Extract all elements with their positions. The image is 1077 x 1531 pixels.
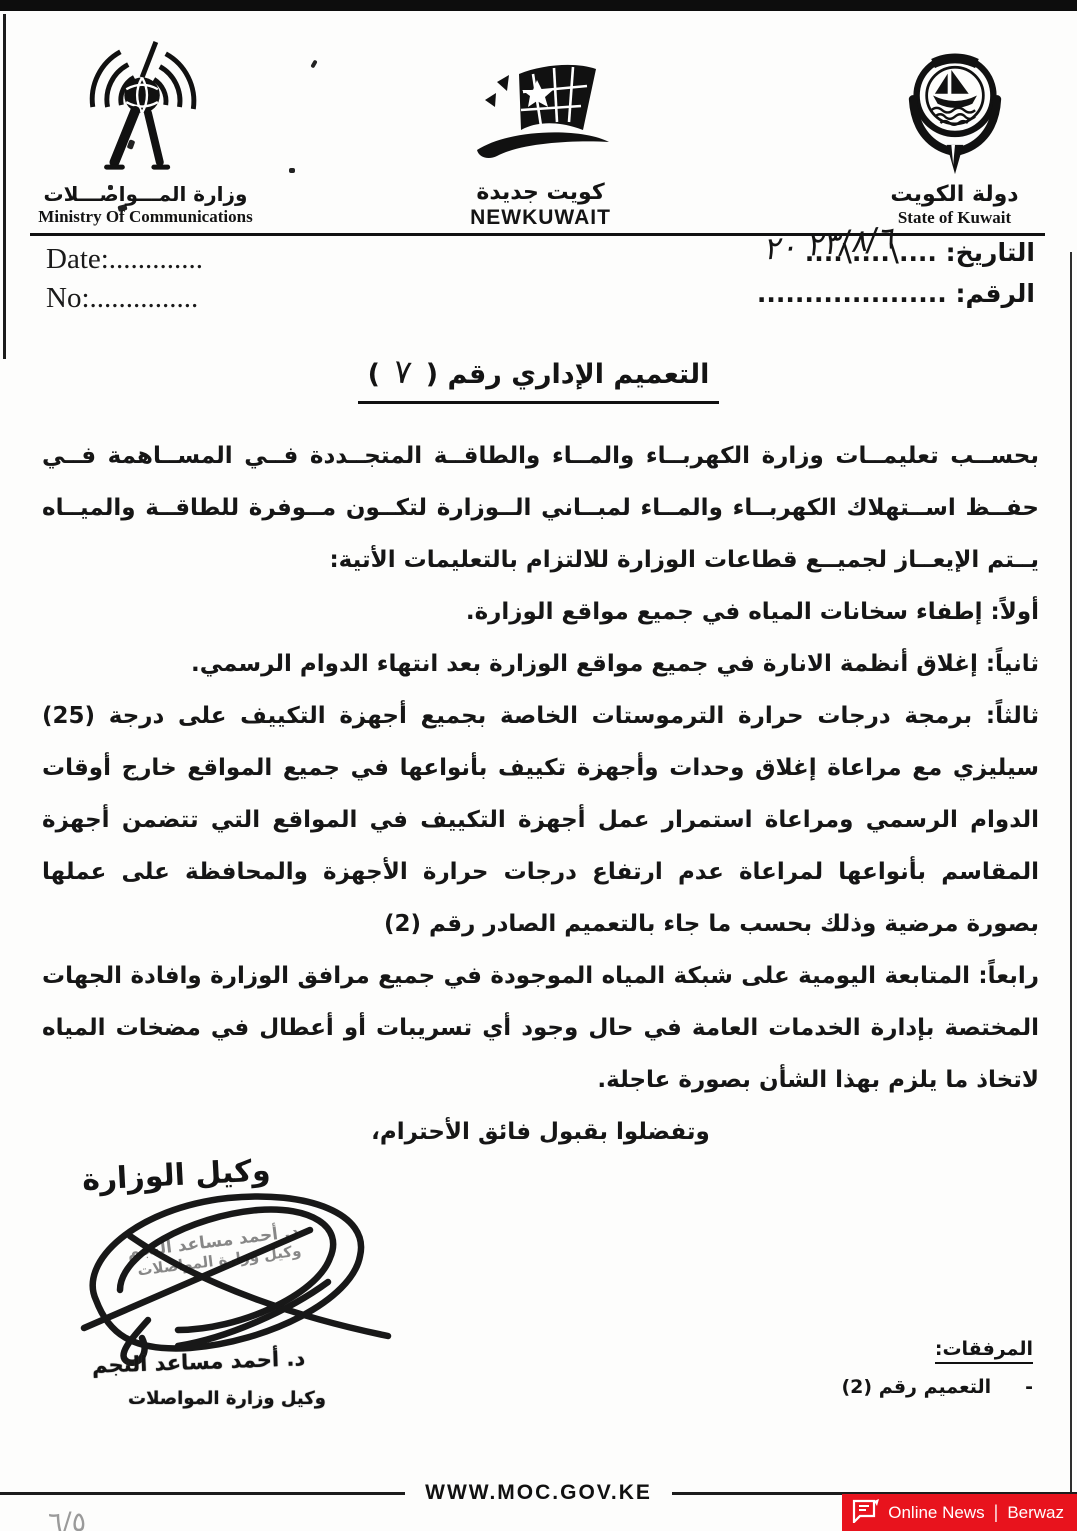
intro-paragraph: بحســب تعليمــات وزارة الكهربــاء والمــ…	[42, 430, 1039, 586]
watermark-brand: Berwaz	[1007, 1503, 1064, 1523]
watermark-text: Online News	[888, 1503, 984, 1523]
attachment-dash: -	[1025, 1376, 1033, 1398]
kuwait-emblem-icon	[899, 161, 1011, 180]
scan-left-edge	[3, 14, 6, 359]
attachments-heading: المرفقات:	[935, 1338, 1033, 1364]
document-body: بحســب تعليمــات وزارة الكهربــاء والمــ…	[42, 430, 1039, 1158]
ministry-name-arabic: وزارة المـــواصـــلات	[28, 182, 263, 206]
berwaz-watermark-badge: Online News | Berwaz	[842, 1494, 1077, 1531]
date-row-ar: التاريخ: ....\....\.... ٢٠ ٢٣/٨/٦	[757, 238, 1035, 267]
liberation-tower-icon	[71, 161, 221, 180]
closing-salutation: وتفضلوا بقبول فائق الأحترام،	[42, 1106, 1039, 1158]
scan-right-edge	[1070, 252, 1072, 1502]
instruction-item-4: رابعاً: المتابعة اليومية على شبكة المياه…	[42, 950, 1039, 1106]
page-number-marker: ٦/٥	[48, 1507, 86, 1531]
footer-website: WWW.MOC.GOV.KE	[405, 1481, 672, 1505]
scanned-document-page: وزارة المـــواصـــلات Ministry Of Commun…	[0, 0, 1077, 1531]
title-prefix: التعميم الإداري رقم (	[426, 359, 710, 390]
scan-top-edge	[0, 0, 1077, 11]
berwaz-logo-icon	[852, 1498, 879, 1528]
state-name-arabic: دولة الكويت	[852, 182, 1057, 207]
instruction-item-3: ثالثاً: برمجة درجات حرارة الترموستات الخ…	[42, 690, 1039, 950]
attachment-item: - التعميم رقم (2)	[841, 1376, 1033, 1398]
newkuwait-logo: كويت جديدة NEWKUWAIT	[418, 62, 663, 230]
document-title: التعميم الإداري رقم (٧)	[358, 352, 720, 404]
no-label-ar: الرقم:	[956, 279, 1035, 308]
instruction-item-1: أولاً: إطفاء سخانات المياه في جميع مواقع…	[42, 586, 1039, 638]
newkuwait-name-arabic: كويت جديدة	[418, 180, 663, 205]
ministry-of-communications-logo: وزارة المـــواصـــلات Ministry Of Commun…	[28, 38, 263, 227]
instruction-item-2: ثانياً: إغلاق أنظمة الانارة في جميع مواق…	[42, 638, 1039, 690]
signatory-role: وكيل وزارة المواصلات	[128, 1388, 326, 1409]
date-label-ar: التاريخ:	[946, 238, 1035, 267]
no-dots: ....................	[757, 279, 947, 308]
scan-noise	[289, 168, 295, 173]
scan-noise	[310, 60, 317, 69]
document-title-wrap: التعميم الإداري رقم (٧)	[0, 352, 1077, 404]
watermark-separator: |	[994, 1502, 999, 1523]
no-label-en: No:...............	[46, 282, 203, 315]
footer-line-left	[0, 1492, 405, 1495]
newkuwait-sail-icon	[461, 159, 621, 178]
ministry-name-english: Ministry Of Communications	[28, 207, 263, 227]
number-row-ar: الرقم: ....................	[757, 279, 1035, 308]
attachments-section: المرفقات: - التعميم رقم (2)	[841, 1338, 1033, 1398]
title-circular-number: ٧	[378, 350, 428, 394]
state-of-kuwait-logo: دولة الكويت State of Kuwait	[852, 48, 1057, 228]
attachment-text: التعميم رقم (2)	[841, 1376, 991, 1398]
reference-english: Date:............. No:...............	[46, 243, 203, 321]
date-label-en: Date:.............	[46, 243, 203, 276]
reference-arabic: التاريخ: ....\....\.... ٢٠ ٢٣/٨/٦ الرقم:…	[757, 238, 1035, 320]
newkuwait-name-english: NEWKUWAIT	[418, 206, 663, 230]
